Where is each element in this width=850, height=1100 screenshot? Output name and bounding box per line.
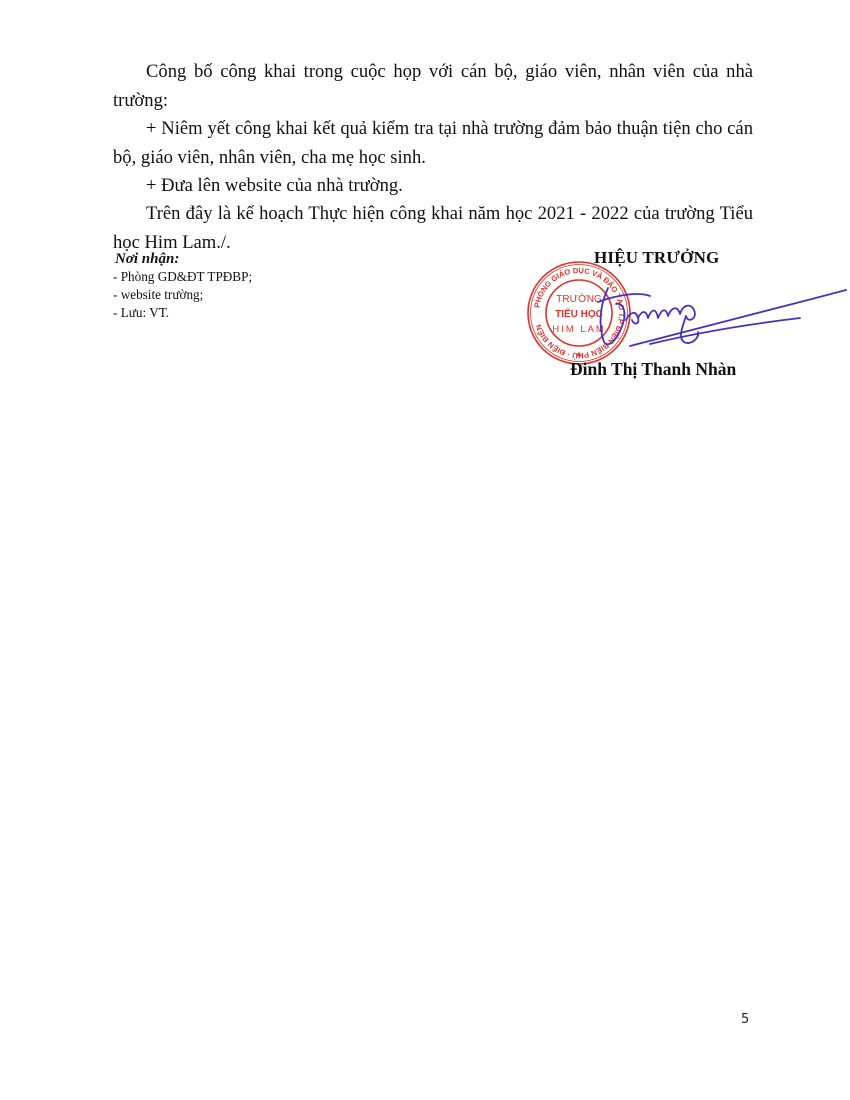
document-page: Công bố công khai trong cuộc họp với cán…	[0, 0, 850, 1100]
recipient-item: - website trường;	[113, 286, 252, 304]
recipients-title: Nơi nhận:	[115, 250, 252, 268]
paragraph-announcement: Công bố công khai trong cuộc họp với cán…	[113, 58, 753, 115]
handwritten-signature-icon	[590, 280, 850, 350]
recipient-item: - Phòng GD&ĐT TPĐBP;	[113, 268, 252, 286]
signer-name: Đinh Thị Thanh Nhàn	[570, 359, 736, 380]
paragraph-website: + Đưa lên website của nhà trường.	[113, 172, 753, 201]
svg-text:★: ★	[575, 350, 582, 359]
page-number: 5	[741, 1012, 749, 1027]
recipients-block: Nơi nhận: - Phòng GD&ĐT TPĐBP; - website…	[113, 250, 252, 322]
paragraph-posting: + Niêm yết công khai kết quả kiểm tra tạ…	[113, 115, 753, 172]
recipient-item: - Lưu: VT.	[113, 304, 252, 322]
